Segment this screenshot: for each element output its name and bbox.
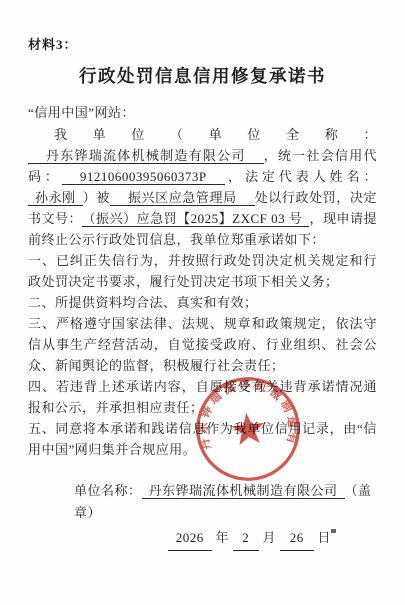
fill-in-value: （振兴）应急罚【2025】ZXCF 03 号 xyxy=(82,211,309,227)
page-title: 行政处罚信息信用修复承诺书 xyxy=(28,64,377,88)
intro-paragraph: 我单位（单位全称：丹东铧瑞流体机械制造有限公司，统一社会信用代码：9121060… xyxy=(28,124,377,250)
fill-in-value: 91210600395060373P xyxy=(62,169,225,185)
date-day-value: 26 xyxy=(280,526,314,551)
commitment-item: 二、所提供资料均合法、真实和有效； xyxy=(28,292,377,313)
date-year-value: 2026 xyxy=(168,526,212,551)
text-segment: ）被 xyxy=(83,190,110,205)
text-segment: 我单位（单位全称： xyxy=(54,127,377,142)
fill-in-value: 振兴区应急管理局 xyxy=(110,190,255,206)
month-label: 月 xyxy=(262,530,276,545)
text-segment: ，法定代表人姓名： xyxy=(225,169,377,184)
document-page: 材料3： 行政处罚信息信用修复承诺书 “信用中国”网站： 我单位（单位全称：丹东… xyxy=(0,0,405,605)
material-label: 材料3： xyxy=(28,36,377,54)
commitment-item: 五、同意将本承诺和践诺信息作为我单位信用记录，由“信用中国”网归集并合规应用。 xyxy=(28,418,377,460)
commitment-item: 四、若违背上述承诺内容，自愿接受有关违背承诺情况通报和公示，并承担相应责任； xyxy=(28,376,377,418)
signature-row: 单位名称：丹东铧瑞流体机械制造有限公司（盖章） xyxy=(74,480,377,524)
unit-name-value: 丹东铧瑞流体机械制造有限公司 xyxy=(142,483,345,499)
year-label: 年 xyxy=(215,530,229,545)
scan-artifact xyxy=(331,529,336,533)
fill-in-value: 孙永刚 xyxy=(28,190,83,206)
day-label: 日 xyxy=(317,530,331,545)
date-row: 2026 年 2 月 26 日 xyxy=(28,526,377,551)
fill-in-value: 丹东铧瑞流体机械制造有限公司 xyxy=(28,148,264,164)
date-month-value: 2 xyxy=(233,526,259,551)
commitment-item: 一、已纠正失信行为，并按照行政处罚决定机关规定和行政处罚决定书要求，履行处罚决定… xyxy=(28,250,377,292)
salutation-line: “信用中国”网站： xyxy=(28,102,377,124)
unit-name-label: 单位名称： xyxy=(74,483,142,498)
commitment-list: 一、已纠正失信行为，并按照行政处罚决定机关规定和行政处罚决定书要求，履行处罚决定… xyxy=(28,250,377,460)
commitment-item: 三、严格遵守国家法律、法规、规章和政策规定，依法守信从事生产经营活动，自觉接受政… xyxy=(28,313,377,376)
